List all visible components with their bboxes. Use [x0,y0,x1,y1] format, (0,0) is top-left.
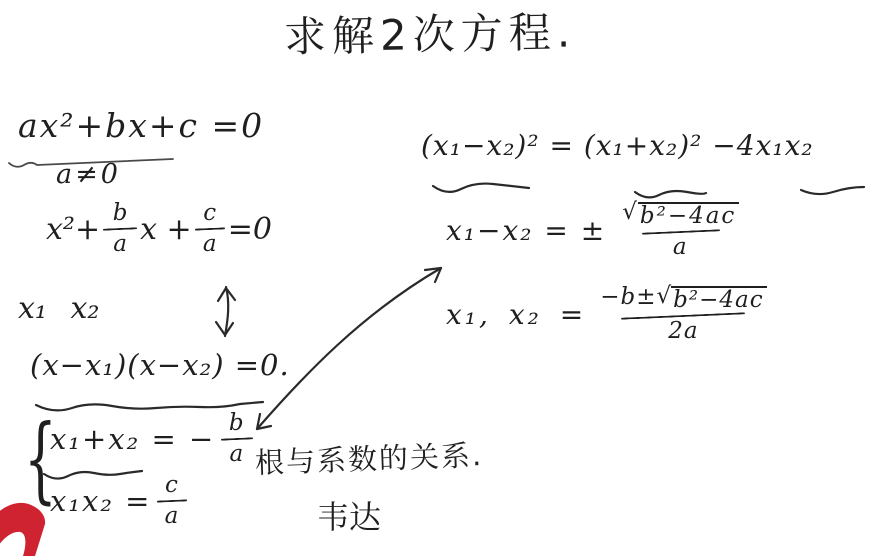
underline-product-term [801,187,864,194]
vieta-product-equation: x₁x₂ = c a [50,474,187,528]
monic-middle-term: x + [140,212,192,247]
fraction-c-over-a: c a [195,202,225,256]
difference-identity-equation: (x₁−x₂)² = (x₁+x₂)² −4x₁x₂ [421,131,814,162]
monic-form-equation: x²+ b a x + c a =0 [46,202,272,256]
standard-form-equation: ax²+bx+c =0 [18,108,264,144]
double-arrow-vertical [216,287,235,336]
fraction-numerator: c [163,474,182,500]
handwritten-whiteboard: 求解2次方程. ax²+bx+c =0 a≠0 x²+ b a x + c a … [0,0,892,556]
formula-numerator: −b± √ b²−4ac [598,286,768,315]
fraction-c-over-a: c a [157,474,187,528]
numerator-prefix: −b± [600,286,656,309]
fraction-numerator: b [111,202,130,228]
vieta-relation-label: 根与系数的关系. [255,440,484,480]
vieta-sum-lhs: x₁+x₂ = − [50,422,215,456]
fraction-sqrt-over-a: √ b²−4ac a [620,202,741,259]
page-title: 求解2次方程. [284,9,577,60]
fraction-numerator: b [227,412,248,438]
square-root-expression: √ b²−4ac [620,202,741,231]
fraction-numerator: c [201,202,218,228]
monic-tail-term: =0 [228,212,272,247]
fraction-denominator: a [673,233,689,259]
roots-label: x₁ x₂ [18,292,99,325]
fraction-b-over-a: b a [221,412,253,466]
factored-form-equation: (x−x₁)(x−x₂) =0. [30,350,290,382]
radicand: b²−4ac [638,202,739,228]
radical-sign: √ [622,201,639,224]
squiggle-underline-sum-squared [635,191,706,197]
fraction-formula: −b± √ b²−4ac 2a [598,286,768,343]
fraction-denominator: a [113,230,127,256]
fraction-denominator: 2a [668,317,698,343]
monic-lead-term: x²+ [46,212,100,247]
root-difference-equation: x₁−x₂ = ± √ b²−4ac a [446,202,741,259]
squiggle-underline-difference-squared [433,184,529,192]
vieta-name-label: 韦达 [317,500,381,535]
fraction-denominator: a [165,502,181,528]
radicand: b²−4ac [671,286,766,312]
nonzero-condition: a≠0 [56,160,121,190]
root-difference-lhs: x₁−x₂ = ± [446,214,606,247]
quadratic-formula-equation: x₁, x₂ = −b± √ b²−4ac 2a [446,286,769,343]
vieta-sum-equation: x₁+x₂ = − b a [50,412,253,466]
quadratic-formula-lhs: x₁, x₂ = [446,298,586,331]
fraction-denominator: a [203,230,217,256]
vieta-product-lhs: x₁x₂ = [50,484,151,518]
numerator-expression: −b± √ b²−4ac [600,286,766,312]
fraction-b-over-a: b a [103,202,137,256]
radical-sign: √ [656,285,672,308]
fraction-denominator: a [229,440,245,466]
